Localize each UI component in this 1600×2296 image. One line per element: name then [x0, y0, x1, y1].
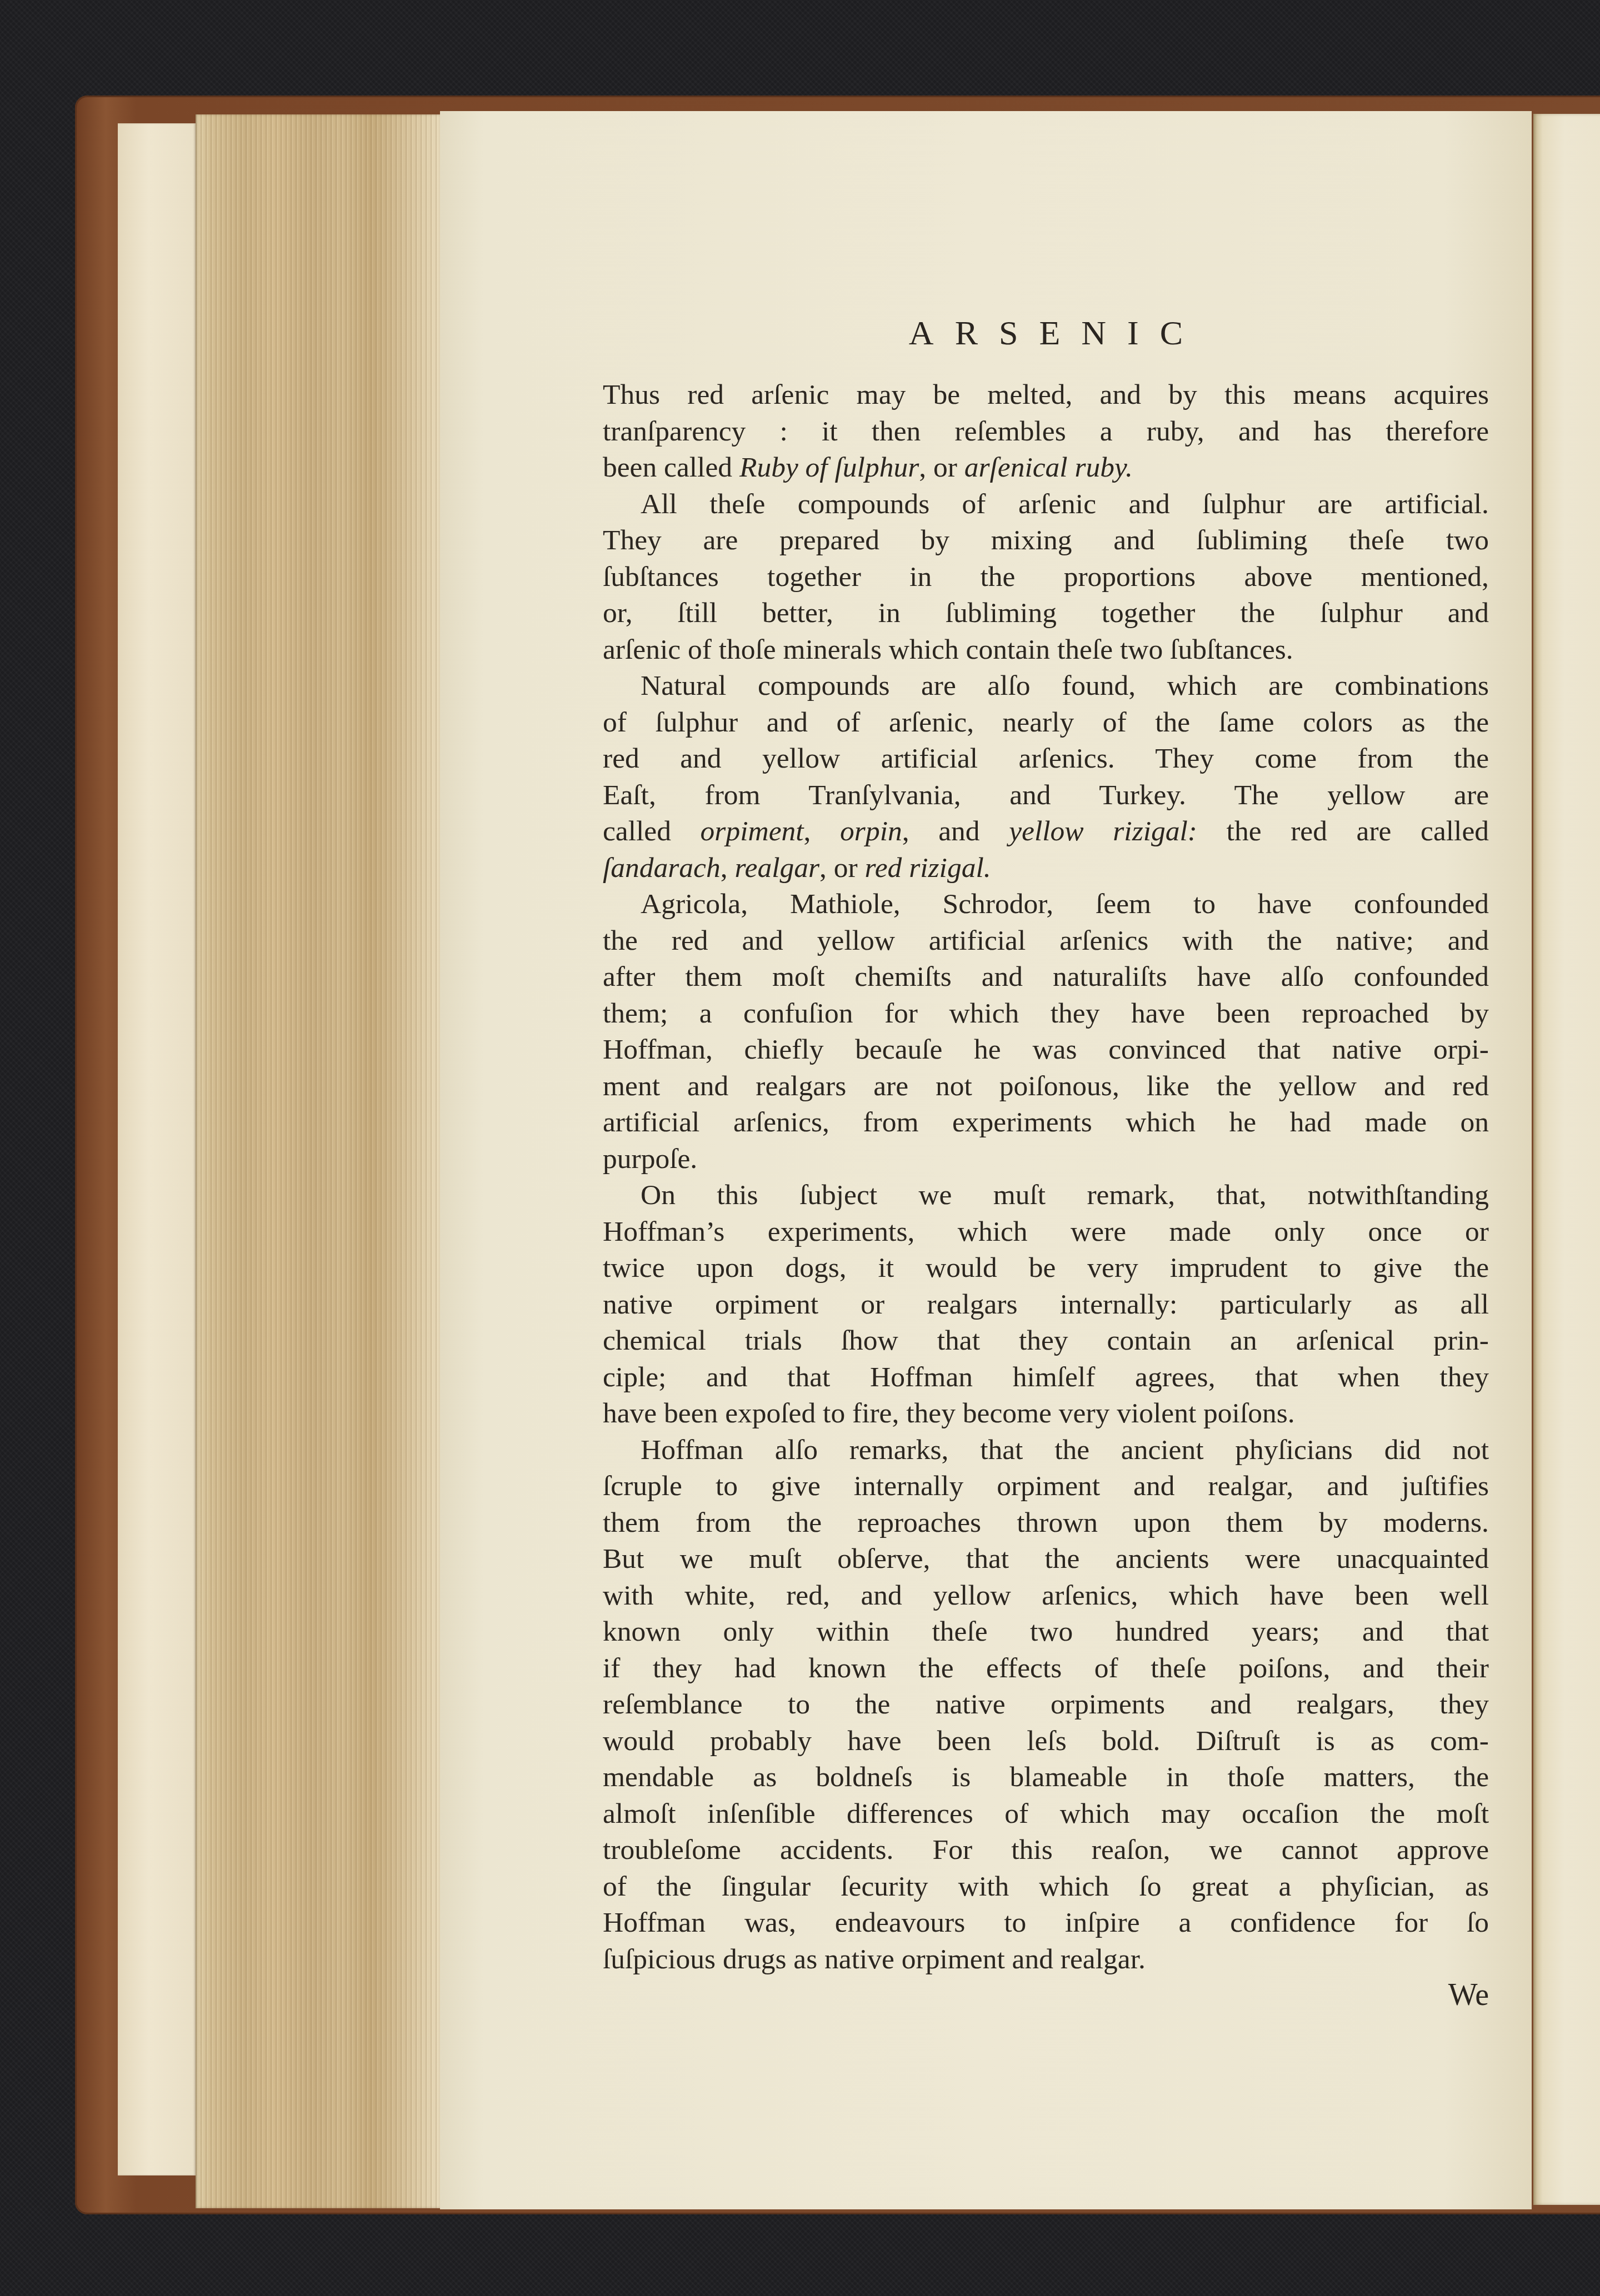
text-line: Hoffman’s experiments, which were made o…: [603, 1214, 1489, 1250]
text-run: They are prepared by mixing and ſublimin…: [603, 524, 1489, 556]
text-line: after them moſt chemiſts and naturaliſts…: [603, 959, 1489, 995]
text-line: reſemblance to the native orpiments and …: [603, 1686, 1489, 1723]
text-run: Hoffman was, endeavours to inſpire a con…: [603, 1907, 1489, 1938]
italic-term: orpiment: [701, 815, 804, 847]
text-line: Hoffman alſo remarks, that the ancient p…: [603, 1432, 1489, 1468]
text-run: would probably have been leſs bold. Diſt…: [603, 1725, 1489, 1757]
text-line: tranſparency : it then reſembles a ruby,…: [603, 413, 1489, 450]
text-run: ,: [804, 815, 841, 847]
text-line: All theſe compounds of arſenic and ſulph…: [603, 486, 1489, 523]
text-run: of ſulphur and of arſenic, nearly of the…: [603, 706, 1489, 738]
text-line: purpoſe.: [603, 1141, 1489, 1177]
text-run: tranſparency : it then reſembles a ruby,…: [603, 415, 1489, 447]
text-line: called orpiment, orpin, and yellow rizig…: [603, 813, 1489, 850]
text-run: ſuſpicious drugs as native orpiment and …: [603, 1943, 1146, 1975]
text-line: if they had known the effects of theſe p…: [603, 1650, 1489, 1687]
text-run: chemical trials ſhow that they contain a…: [603, 1325, 1489, 1356]
text-line: red and yellow artificial arſenics. They…: [603, 740, 1489, 777]
text-line: Hoffman, chiefly becauſe he was convince…: [603, 1031, 1489, 1068]
text-run: On this ſubject we muſt remark, that, no…: [641, 1179, 1489, 1211]
text-run: with white, red, and yellow arſenics, wh…: [603, 1580, 1489, 1611]
text-line: Hoffman was, endeavours to inſpire a con…: [603, 1904, 1489, 1941]
italic-term: realgar: [734, 852, 819, 884]
text-run: Eaſt, from Tranſylvania, and Turkey. The…: [603, 779, 1489, 811]
text-line: artificial arſenics, from experiments wh…: [603, 1104, 1489, 1141]
text-run: mendable as boldneſs is blameable in tho…: [603, 1761, 1489, 1793]
page-stack-edges: [196, 114, 440, 2208]
text-line: Eaſt, from Tranſylvania, and Turkey. The…: [603, 777, 1489, 814]
text-run: troubleſome accidents. For this reaſon, …: [603, 1834, 1489, 1866]
text-line: Natural compounds are alſo found, which …: [603, 668, 1489, 704]
endpaper-flyleaf: [118, 123, 196, 2175]
text-run: But we muſt obſerve, that the ancients w…: [603, 1543, 1489, 1575]
text-run: artificial arſenics, from experiments wh…: [603, 1106, 1489, 1138]
text-run: been called: [603, 452, 739, 483]
text-line: would probably have been leſs bold. Diſt…: [603, 1723, 1489, 1759]
text-line: have been expoſed to fire, they become v…: [603, 1395, 1489, 1432]
text-run: ,: [721, 852, 735, 884]
text-line: with white, red, and yellow arſenics, wh…: [603, 1577, 1489, 1614]
text-run: Hoffman’s experiments, which were made o…: [603, 1216, 1489, 1247]
italic-term: yellow rizigal:: [1009, 815, 1197, 847]
text-run: Agricola, Mathiole, Schrodor, ſeem to ha…: [641, 888, 1489, 920]
text-line: of ſulphur and of arſenic, nearly of the…: [603, 704, 1489, 741]
text-run: Hoffman, chiefly becauſe he was convince…: [603, 1034, 1489, 1065]
text-run: the red are called: [1197, 815, 1489, 847]
text-line: ſcruple to give internally orpiment and …: [603, 1468, 1489, 1505]
text-line: them from the reproaches thrown upon the…: [603, 1505, 1489, 1541]
text-run: almoſt inſenſible differences of which m…: [603, 1798, 1489, 1829]
text-run: ſubſtances together in the proportions a…: [603, 561, 1489, 593]
text-run: , or: [819, 852, 865, 884]
text-line: them; a confuſion for which they have be…: [603, 995, 1489, 1032]
italic-term: orpin: [840, 815, 902, 847]
text-line: ſuſpicious drugs as native orpiment and …: [603, 1941, 1489, 1978]
text-line: They are prepared by mixing and ſublimin…: [603, 522, 1489, 559]
text-run: ſcruple to give internally orpiment and …: [603, 1470, 1489, 1502]
text-run: ment and realgars are not poiſonous, lik…: [603, 1070, 1489, 1102]
text-line: Thus red arſenic may be melted, and by t…: [603, 377, 1489, 413]
text-line: But we muſt obſerve, that the ancients w…: [603, 1541, 1489, 1577]
text-run: , and: [902, 815, 1009, 847]
text-run: Thus red arſenic may be melted, and by t…: [603, 379, 1489, 410]
text-line: ciple; and that Hoffman himſelf agrees, …: [603, 1359, 1489, 1396]
text-line: been called Ruby of ſulphur, or arſenica…: [603, 449, 1489, 486]
text-run: if they had known the effects of theſe p…: [603, 1652, 1489, 1684]
text-run: after them moſt chemiſts and naturaliſts…: [603, 961, 1489, 992]
text-run: Hoffman alſo remarks, that the ancient p…: [641, 1434, 1489, 1466]
text-line: arſenic of thoſe minerals which contain …: [603, 631, 1489, 668]
text-line: or, ſtill better, in ſubliming together …: [603, 595, 1489, 631]
text-run: twice upon dogs, it would be very imprud…: [603, 1252, 1489, 1284]
text-line: ſubſtances together in the proportions a…: [603, 559, 1489, 595]
text-line: twice upon dogs, it would be very imprud…: [603, 1250, 1489, 1286]
text-line: ſandarach, realgar, or red rizigal.: [603, 850, 1489, 886]
running-head: ARSENIC: [603, 314, 1489, 353]
text-run: them from the reproaches thrown upon the…: [603, 1507, 1489, 1538]
text-run: All theſe compounds of arſenic and ſulph…: [641, 488, 1489, 520]
text-run: the red and yellow artificial arſenics w…: [603, 925, 1489, 956]
italic-term: arſenical ruby.: [964, 452, 1133, 483]
text-run: ciple; and that Hoffman himſelf agrees, …: [603, 1361, 1489, 1393]
text-run: called: [603, 815, 701, 847]
text-line: known only within theſe two hundred year…: [603, 1613, 1489, 1650]
italic-term: red rizigal.: [865, 852, 991, 884]
text-run: of the ſingular ſecurity with which ſo g…: [603, 1871, 1489, 1902]
text-run: Natural compounds are alſo found, which …: [641, 670, 1489, 701]
text-line: ment and realgars are not poiſonous, lik…: [603, 1068, 1489, 1105]
text-run: have been expoſed to fire, they become v…: [603, 1397, 1295, 1429]
text-line: Agricola, Mathiole, Schrodor, ſeem to ha…: [603, 886, 1489, 923]
italic-term: Ruby of ſulphur: [739, 452, 919, 483]
text-run: purpoſe.: [603, 1143, 697, 1175]
text-line: On this ſubject we muſt remark, that, no…: [603, 1177, 1489, 1214]
text-line: troubleſome accidents. For this reaſon, …: [603, 1832, 1489, 1868]
text-run: known only within theſe two hundred year…: [603, 1616, 1489, 1647]
italic-term: ſandarach: [603, 852, 721, 884]
text-run: native orpiment or realgars internally: …: [603, 1289, 1489, 1320]
text-run: , or: [919, 452, 964, 483]
text-line: chemical trials ſhow that they contain a…: [603, 1322, 1489, 1359]
text-run: arſenic of thoſe minerals which contain …: [603, 634, 1293, 665]
text-line: native orpiment or realgars internally: …: [603, 1286, 1489, 1323]
catchword: We: [1448, 1977, 1489, 2013]
text-line: of the ſingular ſecurity with which ſo g…: [603, 1868, 1489, 1905]
text-run: reſemblance to the native orpiments and …: [603, 1688, 1489, 1720]
text-line: almoſt inſenſible differences of which m…: [603, 1796, 1489, 1832]
text-line: the red and yellow artificial arſenics w…: [603, 923, 1489, 959]
text-line: mendable as boldneſs is blameable in tho…: [603, 1759, 1489, 1796]
facing-page-edge: [1533, 114, 1600, 2205]
body-text: Thus red arſenic may be melted, and by t…: [603, 377, 1489, 1977]
text-run: red and yellow artificial arſenics. They…: [603, 743, 1489, 774]
text-run: them; a confuſion for which they have be…: [603, 997, 1489, 1029]
text-run: or, ſtill better, in ſubliming together …: [603, 597, 1489, 629]
